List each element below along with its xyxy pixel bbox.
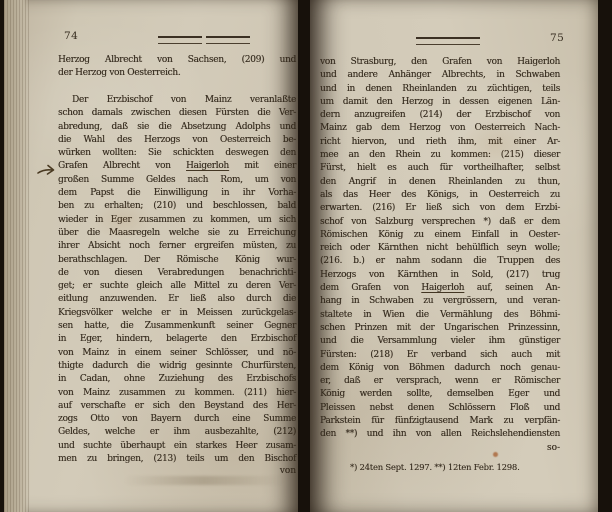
text-line: Kriegsvölker welche er in Meissen zurück…: [58, 307, 296, 320]
text-line: ben zu erhalten; (210) und beschlossen, …: [58, 200, 296, 213]
text-line: in Eger, hindern, belagerte den Erzbisch…: [58, 333, 296, 346]
text-line: und andere Anhänger Albrechts, in Schwab…: [320, 69, 560, 82]
text-line: Fürst, hielt es auch für vortheilhafter,…: [320, 162, 560, 175]
foxing-stain: [94, 200, 154, 240]
text-line: in Cadan, ohne Zuziehung des Erzbischofs: [58, 373, 296, 386]
footnote-dates: *) 24ten Sept. 1297. **) 12ten Febr. 129…: [350, 462, 570, 472]
body-text-left: Der Erzbischof von Mainz veranlaßteschon…: [58, 94, 296, 466]
text-line: thigte dadurch die widrig gesinnte Churf…: [58, 360, 296, 373]
text-line: und suchte überhaupt ein starkes Heer zu…: [58, 440, 296, 453]
page-corner-shadow: [0, 0, 44, 38]
margin-arrow-icon: [36, 162, 58, 178]
text-line: großen Summe Geldes nach Rom, um von: [58, 174, 296, 187]
text-line: würken wollten: Sie schickten deswegen d…: [58, 147, 296, 160]
catchword-left: von: [58, 466, 296, 476]
text-line: von Mainz in einem seiner Schlösser, und…: [58, 347, 296, 360]
chapter-heading: Herzog Albrecht von Sachsen, (209) undde…: [58, 54, 296, 81]
text-line: Pleissen nebst denen Schlössern Floß und: [320, 402, 560, 415]
text-line: Parkstein für fünfzigtausend Mark zu ver…: [320, 415, 560, 428]
text-line: er, daß er versprach, wenn er Römischer: [320, 375, 560, 388]
text-line: König werden sollte, demselben Eger und: [320, 388, 560, 401]
text-line: sen hatte, die Zusammenkunft seiner Gegn…: [58, 320, 296, 333]
text-line: erwarten. (216) Er ließ sich von dem Erz…: [320, 202, 560, 215]
book-scan: 74 Herzog Albrecht von Sachsen, (209) un…: [0, 0, 612, 512]
text-line: Römischen König zu einem Einfall in Oest…: [320, 229, 560, 242]
page-corner-shadow-bottom: [542, 478, 602, 512]
text-line: der Herzog von Oesterreich.: [58, 67, 296, 80]
show-through-smear: [124, 476, 284, 485]
text-line: de von diesen Verabredungen benachrichti…: [58, 267, 296, 280]
text-line: Herzogs von Kärnthen in Sold, (217) trug: [320, 269, 560, 282]
text-line: men zu bringen, (213) teils um den Bisch…: [58, 453, 296, 466]
text-line: reich oder Kärnthen nicht behülflich sey…: [320, 242, 560, 255]
text-line: staltete in Wien die Vermählung des Böhm…: [320, 309, 560, 322]
text-line: get; er suchte gleich alle Mittel zu der…: [58, 280, 296, 293]
text-line: abredung, daß sie die Absetzung Adolphs …: [58, 121, 296, 134]
text-line: zogs Otto von Bayern durch eine Summe: [58, 413, 296, 426]
page-74: 74 Herzog Albrecht von Sachsen, (209) un…: [4, 0, 298, 512]
text-line: als das Heer des Königs, in Oesterreich …: [320, 189, 560, 202]
text-line: um damit den Herzog in dessen eigenen Lä…: [320, 96, 560, 109]
text-line: über die Maasregeln welche sie zu Erreic…: [58, 227, 296, 240]
text-line: schof von Salzburg versprechen *) daß er…: [320, 216, 560, 229]
text-line: Grafen Albrecht von Haigerloh mit einer: [58, 160, 296, 173]
text-line: die Wahl des Herzogs von Oesterreich be-: [58, 134, 296, 147]
page-number-right: 75: [550, 32, 564, 44]
text-line: und die Versammlung vieler ihm günstiger: [320, 335, 560, 348]
text-line: Fürsten: (218) Er verband sich auch mit: [320, 349, 560, 362]
foxing-stain: [460, 120, 530, 170]
text-line: den Angrif in denen Rheinlanden zu thun,: [320, 176, 560, 189]
text-line: Herzog Albrecht von Sachsen, (209) und: [58, 54, 296, 67]
text-line: dem Papst die Einwilligung in ihr Vorha-: [58, 187, 296, 200]
text-line: dern anzugreifen (214) der Erzbischof vo…: [320, 109, 560, 122]
text-line: Geldes, welche er ihm ausbezahlte, (212): [58, 426, 296, 439]
body-text-right: von Strasburg, den Grafen von Haigerlohu…: [320, 56, 560, 442]
rust-stain-dot: [493, 452, 498, 457]
text-line: berathschlagen. Der Römische König wur-: [58, 254, 296, 267]
page-75: 75 von Strasburg, den Grafen von Haigerl…: [310, 0, 598, 512]
text-line: dem König von Böhmen dadurch noch genau-: [320, 362, 560, 375]
text-line: eitlung anzuwenden. Er ließ also durch d…: [58, 293, 296, 306]
text-line: Der Erzbischof von Mainz veranlaßte: [58, 94, 296, 107]
text-line: und in denen Rheinlanden zu züchtigen, t…: [320, 83, 560, 96]
text-line: schen Prinzen mit der Ungarischen Prinze…: [320, 322, 560, 335]
book-edge-texture: [4, 0, 30, 512]
text-line: ihrer Absicht noch ferner ergreifen müst…: [58, 240, 296, 253]
text-line: schon damals zwischen diesen Fürsten die…: [58, 107, 296, 120]
text-line: (216. b.) er nahm sodann die Truppen des: [320, 255, 560, 268]
header-rule-ornament: [158, 36, 250, 41]
text-line: dem Grafen von Haigerloh auf, seinen An-: [320, 282, 560, 295]
text-line: auf verschafte er sich den Beystand des …: [58, 400, 296, 413]
text-line: hang in Schwaben zu vergrössern, und ver…: [320, 295, 560, 308]
text-line: von Mainz zusammen zu kommen. (211) hier…: [58, 387, 296, 400]
page-number-left: 74: [64, 30, 78, 42]
catchword-right: so-: [320, 443, 560, 453]
text-line: von Strasburg, den Grafen von Haigerloh: [320, 56, 560, 69]
text-line: den **) und ihn von allen Reichslehendie…: [320, 428, 560, 441]
header-rule-ornament: [416, 37, 480, 45]
